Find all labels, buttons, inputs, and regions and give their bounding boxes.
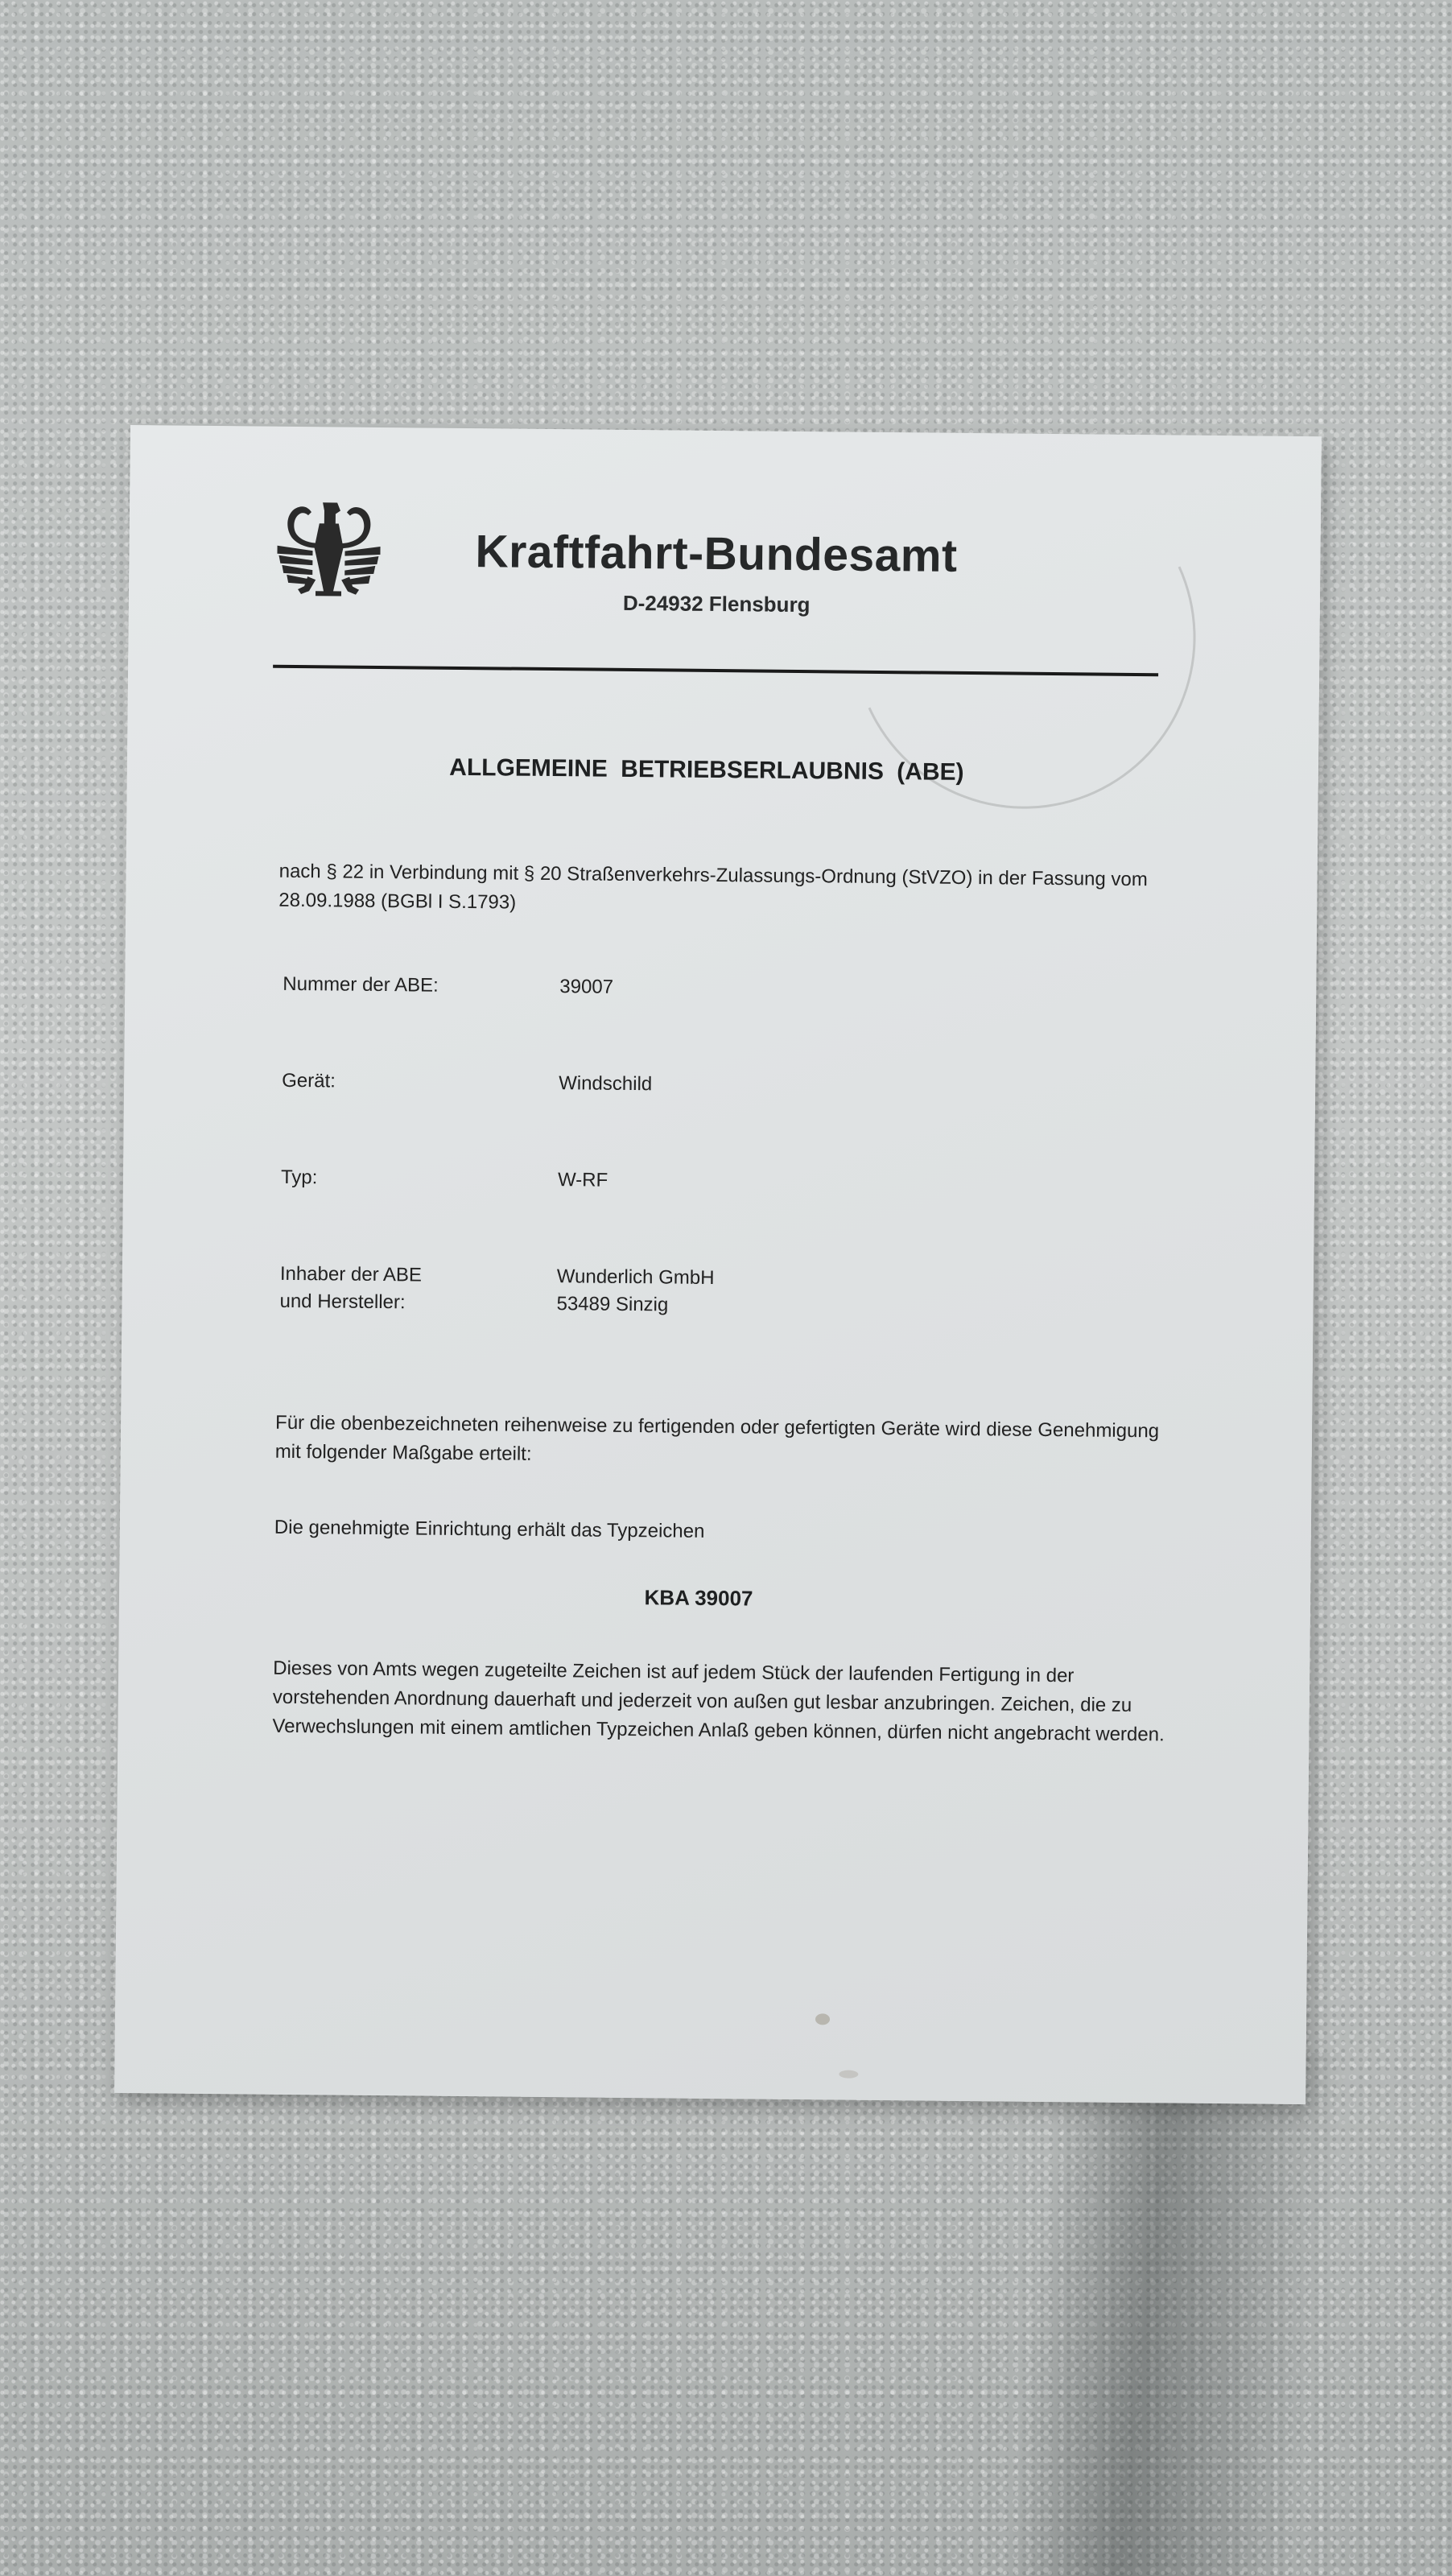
paper-stain bbox=[815, 2013, 830, 2025]
type-mark: KBA 39007 bbox=[119, 1580, 1278, 1616]
field-value: W-RF bbox=[558, 1166, 960, 1198]
field-label: Inhaber der ABE und Hersteller: bbox=[279, 1261, 522, 1318]
field-label: Gerät: bbox=[282, 1067, 523, 1097]
background-shadow bbox=[1003, 2053, 1347, 2576]
federal-eagle-icon bbox=[272, 496, 386, 609]
type-mark-intro: Die genehmigte Einrichtung erhält das Ty… bbox=[274, 1513, 1168, 1551]
field-value: Wunderlich GmbH 53489 Sinzig bbox=[556, 1263, 959, 1322]
legal-basis-text: nach § 22 in Verbindung mit § 20 Straßen… bbox=[278, 857, 1165, 924]
field-label: Nummer der ABE: bbox=[283, 971, 524, 1001]
faint-stamp-mark bbox=[803, 416, 1244, 857]
field-label: Typ: bbox=[281, 1164, 522, 1194]
organization-name: Kraftfahrt-Bundesamt bbox=[475, 525, 958, 583]
field-value: 39007 bbox=[559, 973, 962, 1005]
paper-stain bbox=[839, 2070, 858, 2079]
organization-address: D-24932 Flensburg bbox=[623, 591, 811, 617]
marking-rules: Dieses von Amts wegen zugeteilte Zeichen… bbox=[272, 1654, 1166, 1750]
approval-statement: Für die obenbezeichneten reihenweise zu … bbox=[275, 1409, 1169, 1476]
field-value: Windschild bbox=[559, 1070, 961, 1101]
document-page: Kraftfahrt-Bundesamt D-24932 Flensburg A… bbox=[114, 425, 1322, 2104]
